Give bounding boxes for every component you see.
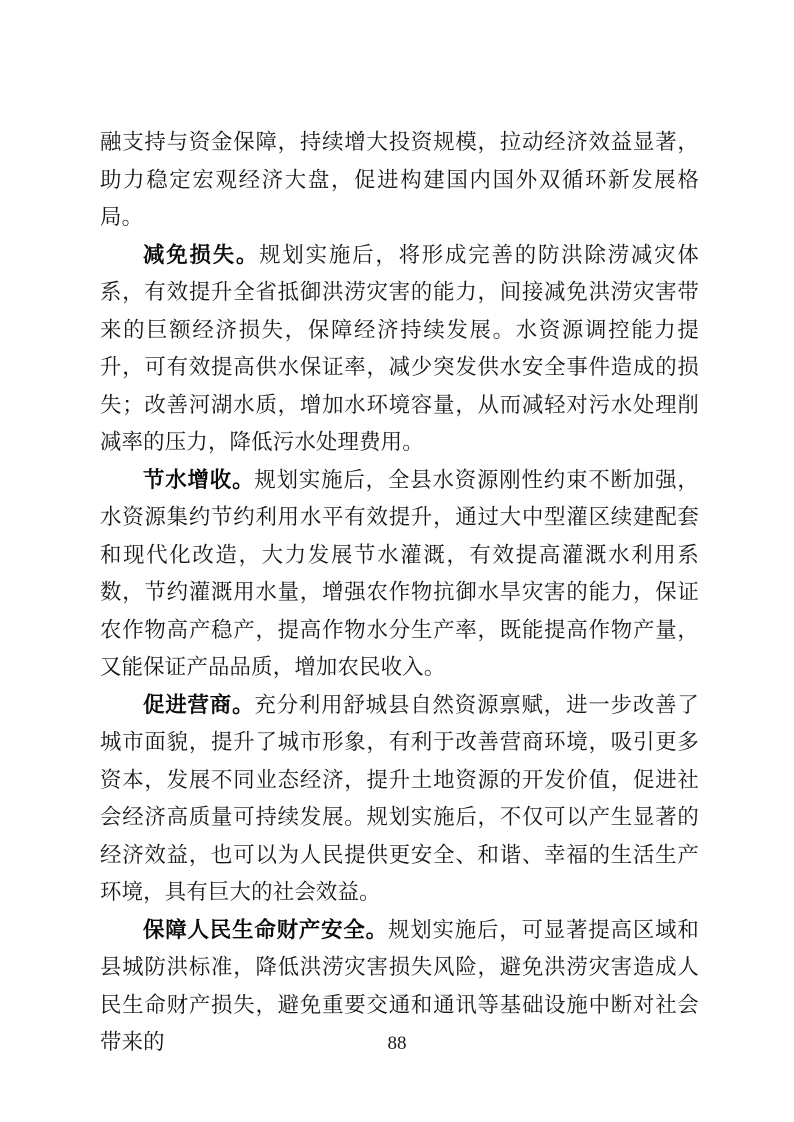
paragraph-text: 规划实施后，全县水资源刚性约束不断加强，水资源集约节约利用水平有效提升，通过大中… bbox=[100, 468, 699, 680]
paragraph-lead: 保障人民生命财产安全。 bbox=[143, 918, 388, 942]
paragraph-text: 融支持与资金保障，持续增大投资规模，拉动经济效益显著，助力稳定宏观经济大盘，促进… bbox=[100, 130, 699, 229]
paragraph: 融支持与资金保障，持续增大投资规模，拉动经济效益显著，助力稳定宏观经济大盘，促进… bbox=[100, 124, 699, 237]
paragraph-lead: 节水增收。 bbox=[143, 468, 254, 492]
paragraph-lead: 促进营商。 bbox=[143, 693, 254, 717]
document-page: 融支持与资金保障，持续增大投资规模，拉动经济效益显著，助力稳定宏观经济大盘，促进… bbox=[0, 0, 794, 1122]
paragraph-lead: 减免损失。 bbox=[143, 243, 259, 267]
paragraph: 节水增收。规划实施后，全县水资源刚性约束不断加强，水资源集约节约利用水平有效提升… bbox=[100, 462, 699, 687]
paragraph: 减免损失。规划实施后，将形成完善的防洪除涝减灾体系，有效提升全省抵御洪涝灾害的能… bbox=[100, 237, 699, 462]
paragraph: 促进营商。充分利用舒城县自然资源禀赋，进一步改善了城市面貌，提升了城市形象，有利… bbox=[100, 687, 699, 912]
paragraph-text: 规划实施后，将形成完善的防洪除涝减灾体系，有效提升全省抵御洪涝灾害的能力，间接减… bbox=[100, 243, 699, 455]
paragraph-text: 充分利用舒城县自然资源禀赋，进一步改善了城市面貌，提升了城市形象，有利于改善营商… bbox=[100, 693, 699, 905]
page-footer: 88 bbox=[0, 1031, 794, 1057]
page-number: 88 bbox=[388, 1033, 407, 1054]
page-body: 融支持与资金保障，持续增大投资规模，拉动经济效益显著，助力稳定宏观经济大盘，促进… bbox=[100, 124, 699, 1062]
